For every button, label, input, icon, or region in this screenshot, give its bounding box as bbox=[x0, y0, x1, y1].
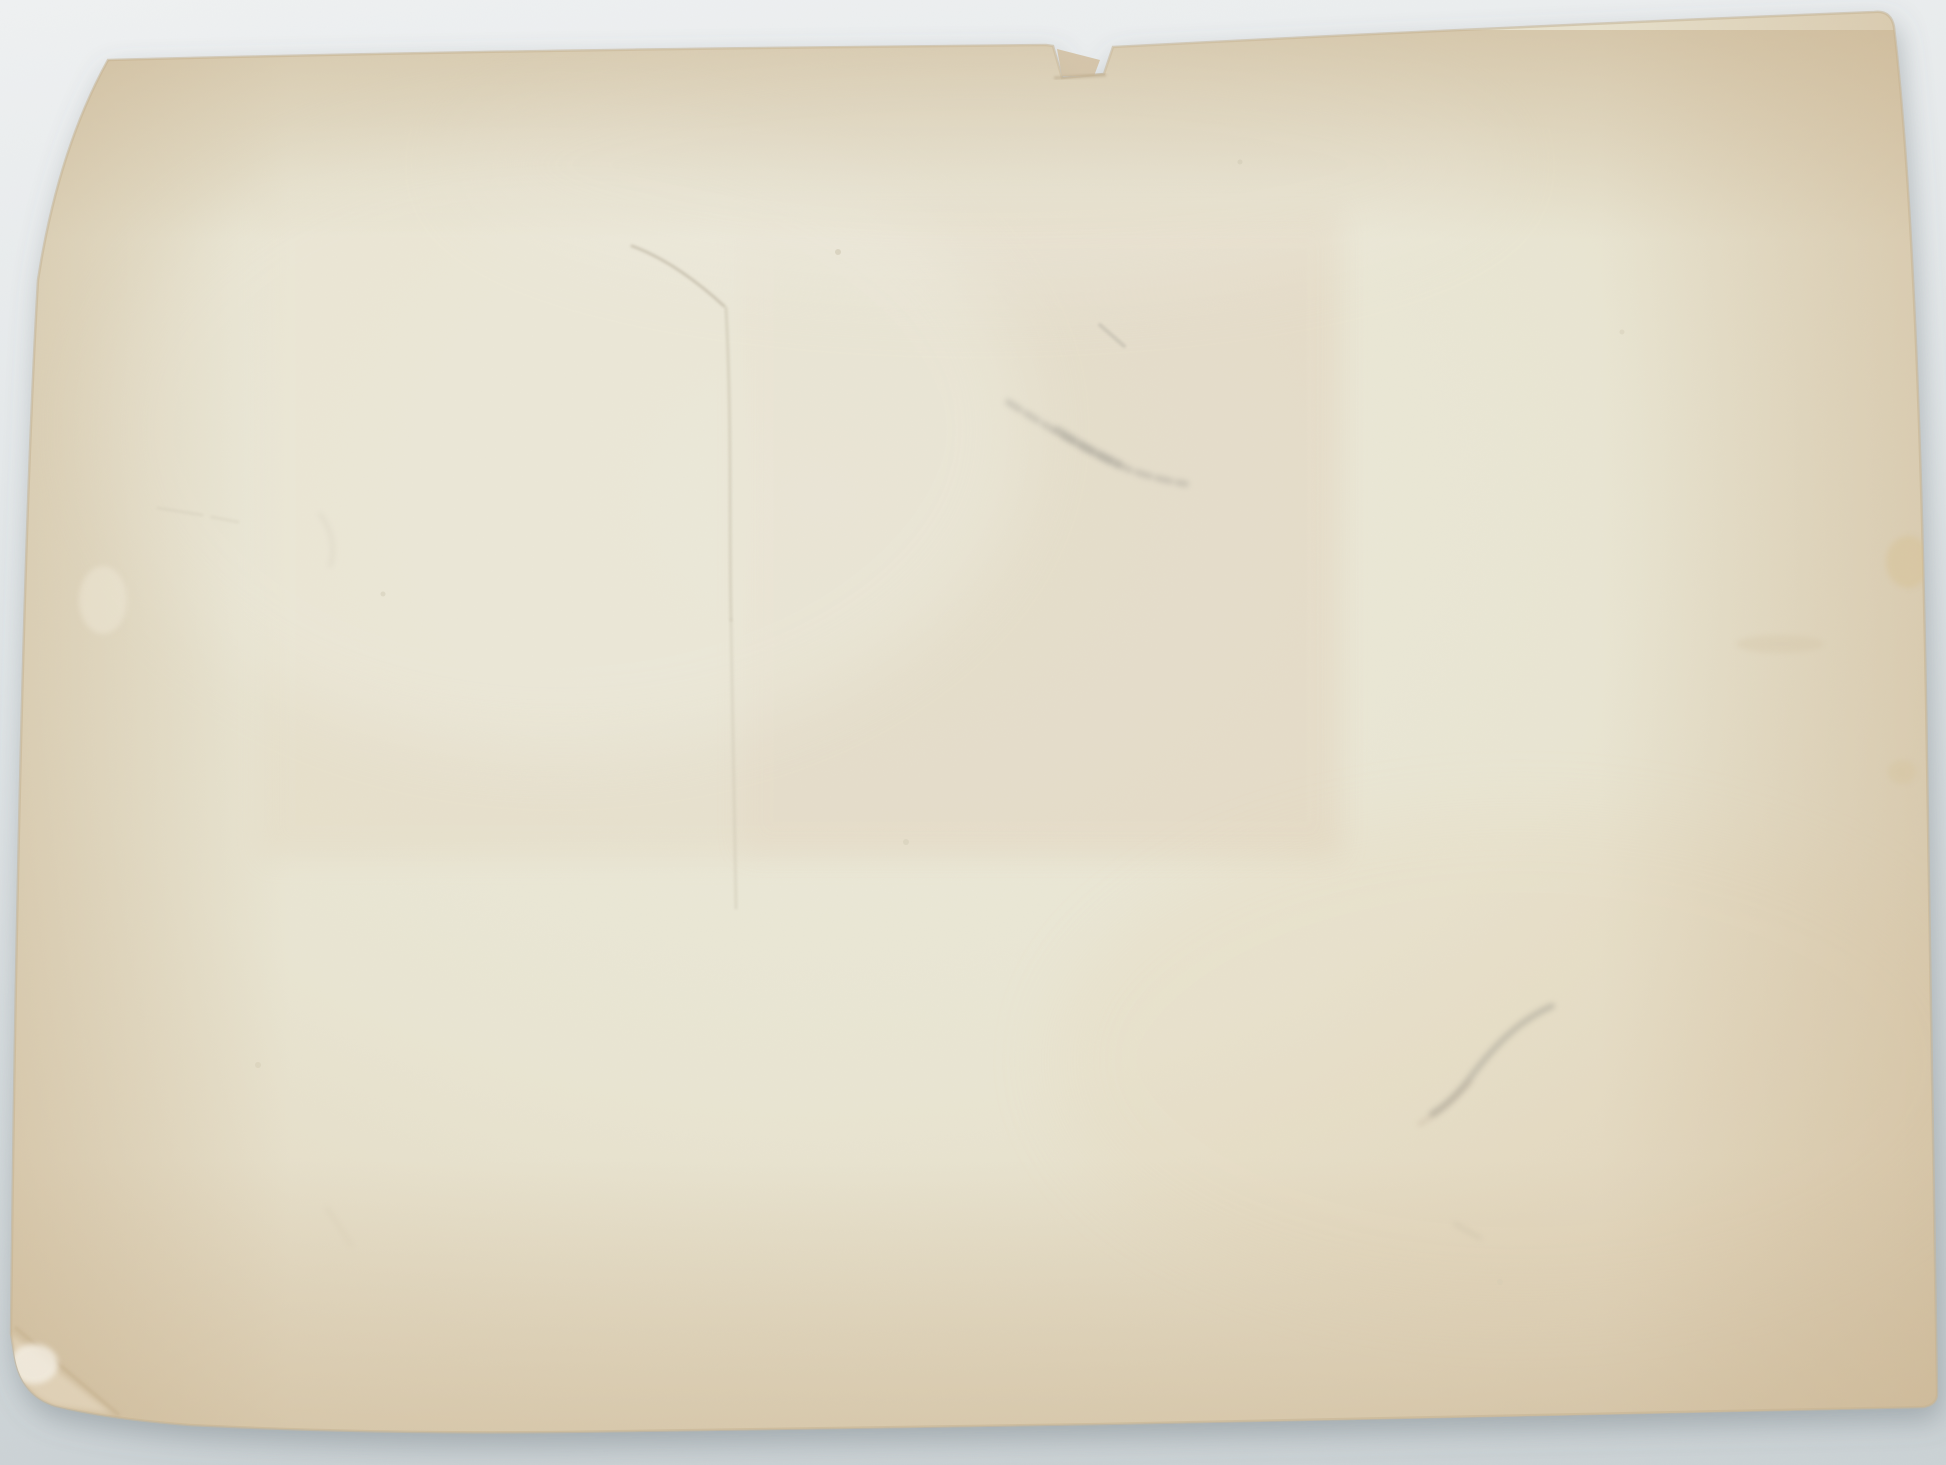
photo-svg bbox=[0, 0, 1946, 1465]
photo-stage: Photograph of the blank back of an old c… bbox=[0, 0, 1946, 1465]
film-grain bbox=[0, 0, 1946, 1465]
